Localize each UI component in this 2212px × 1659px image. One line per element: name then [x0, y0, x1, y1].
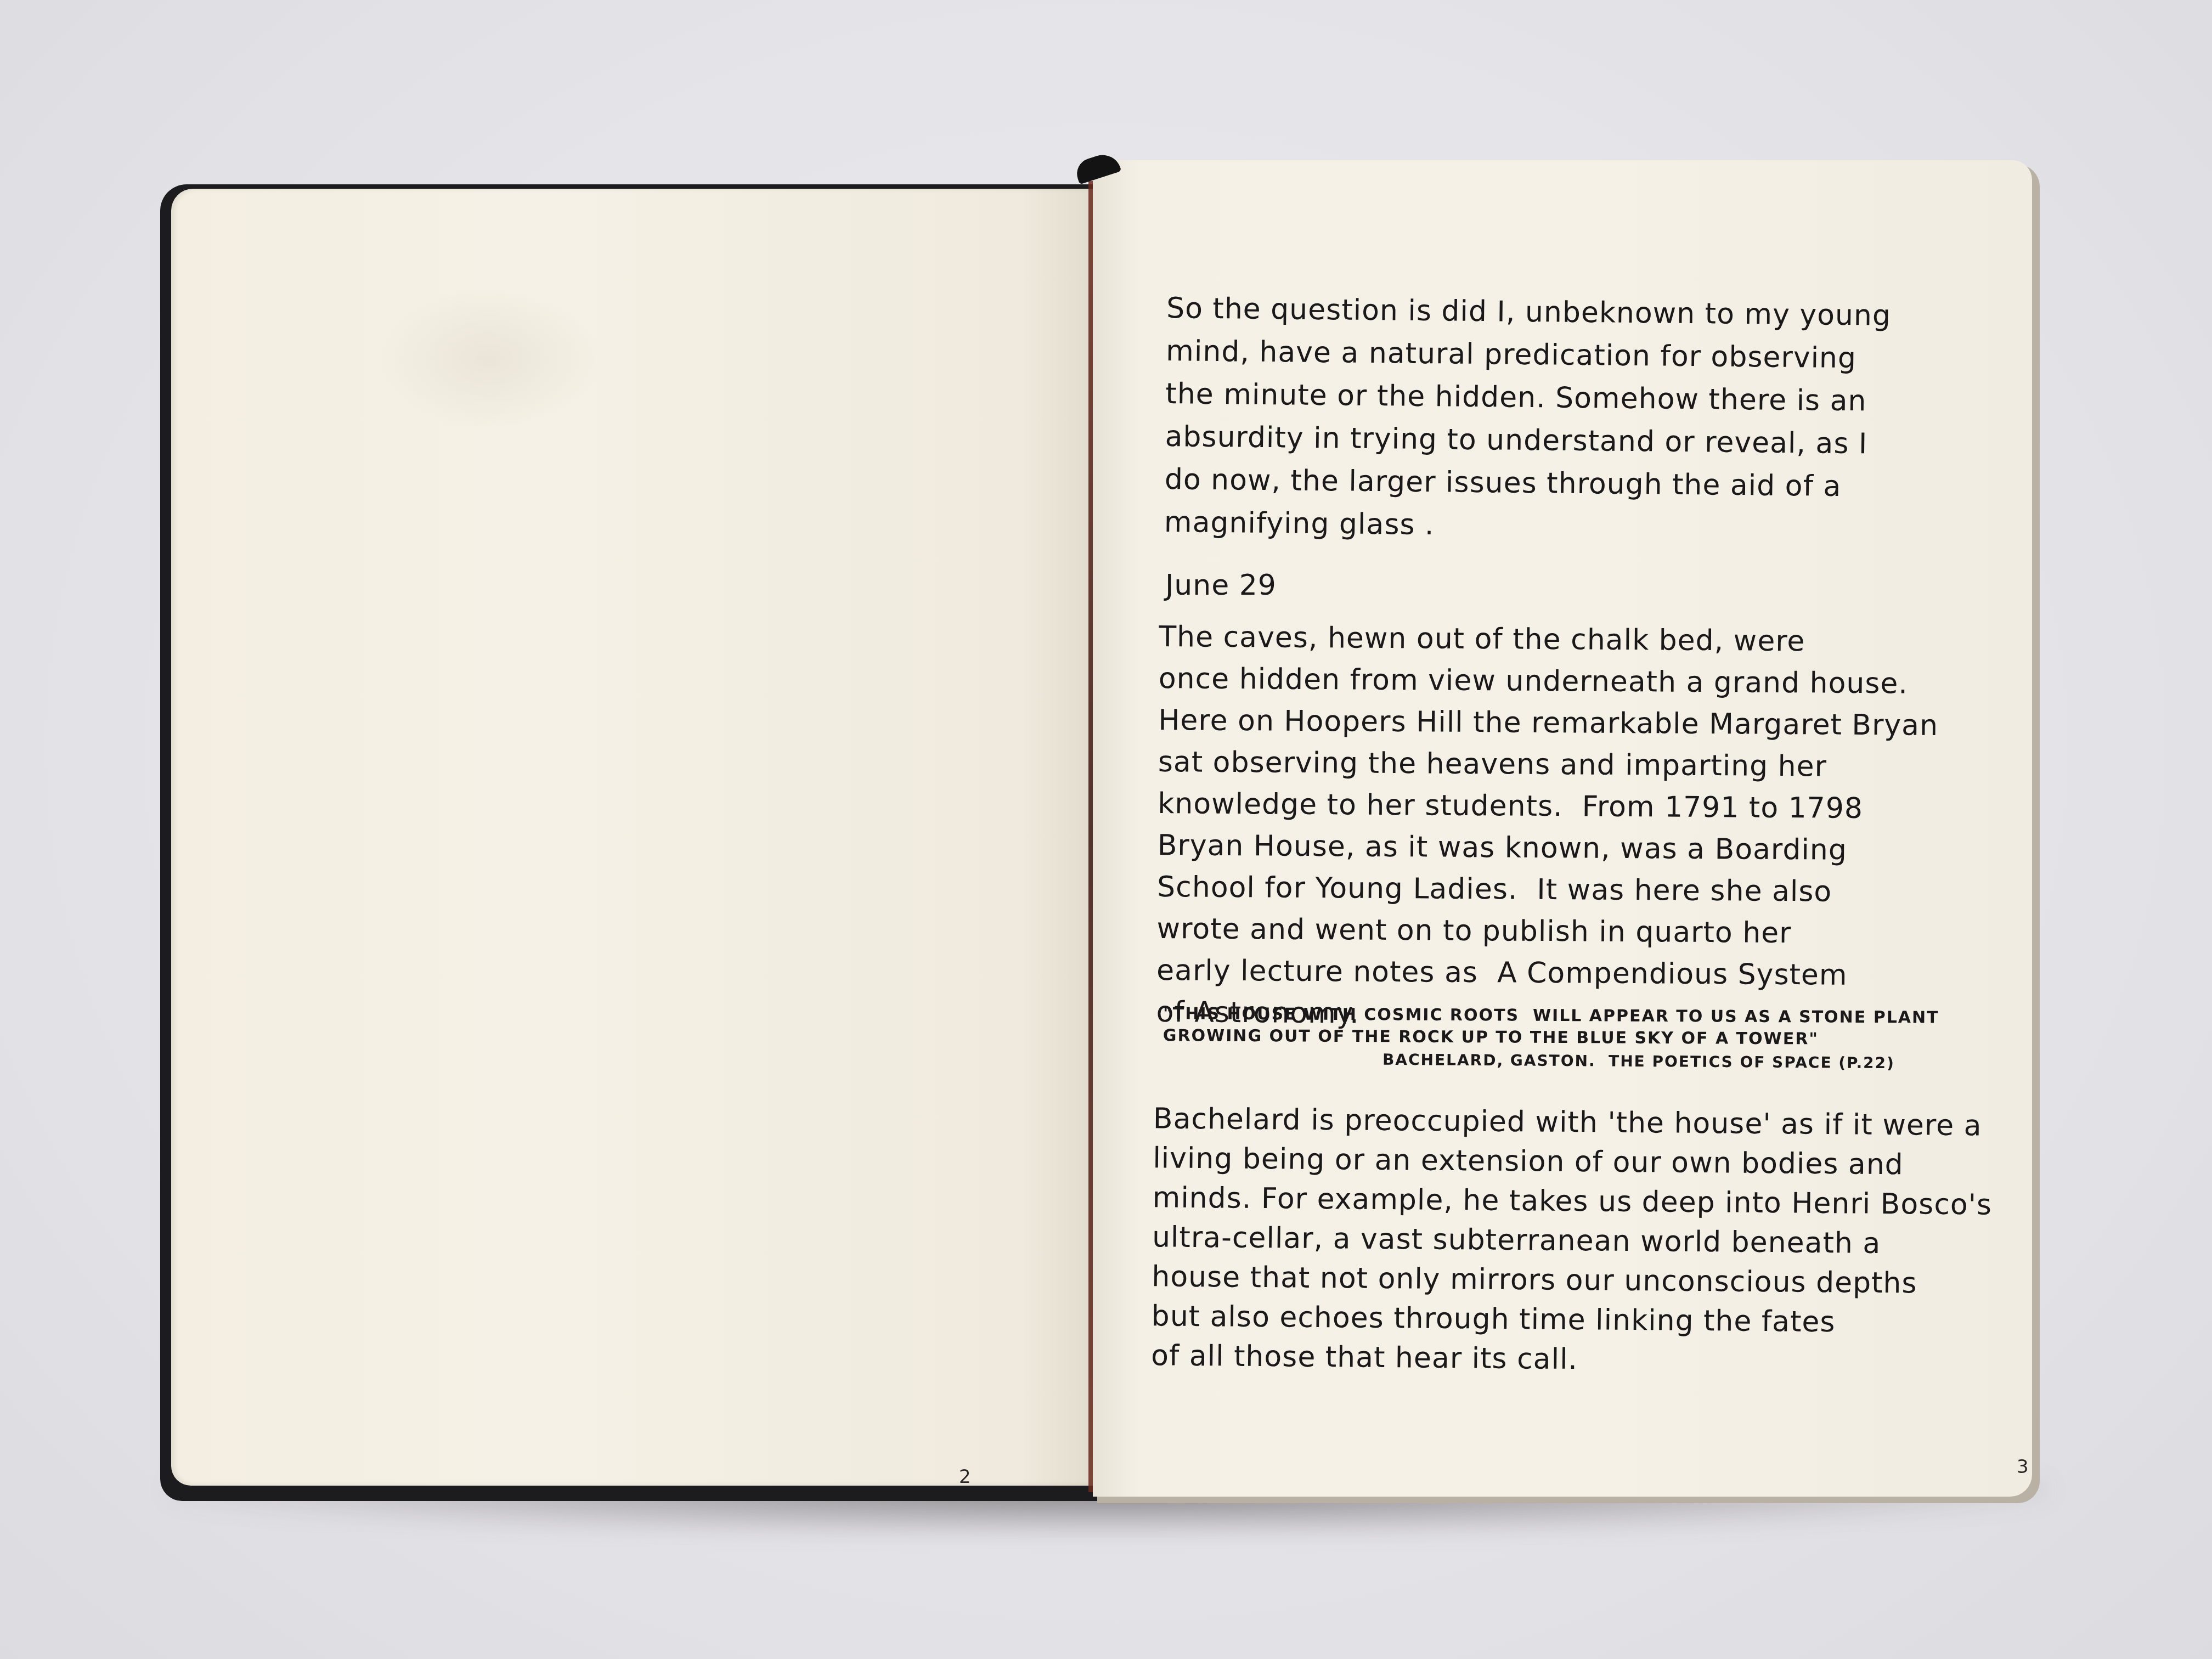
spine-stitching: [1088, 181, 1093, 1492]
block-quote: "THIS HOUSE WITH COSMIC ROOTS WILL APPEA…: [1163, 1003, 1939, 1051]
quote-citation: BACHELARD, GASTON. THE POETICS OF SPACE …: [1383, 1051, 1895, 1073]
handwritten-paragraph-3: Bachelard is preoccupied with 'the house…: [1151, 1099, 1993, 1383]
handwritten-paragraph-1: So the question is did I, unbeknown to m…: [1164, 287, 1892, 551]
page-number-left: 2: [959, 1466, 971, 1488]
left-page: [171, 189, 1093, 1486]
date-heading: June 29: [1165, 564, 1277, 607]
page-number-right: 3: [2017, 1456, 2029, 1478]
page-stain: [380, 287, 599, 430]
handwritten-paragraph-2: The caves, hewn out of the chalk bed, we…: [1156, 616, 1939, 1039]
